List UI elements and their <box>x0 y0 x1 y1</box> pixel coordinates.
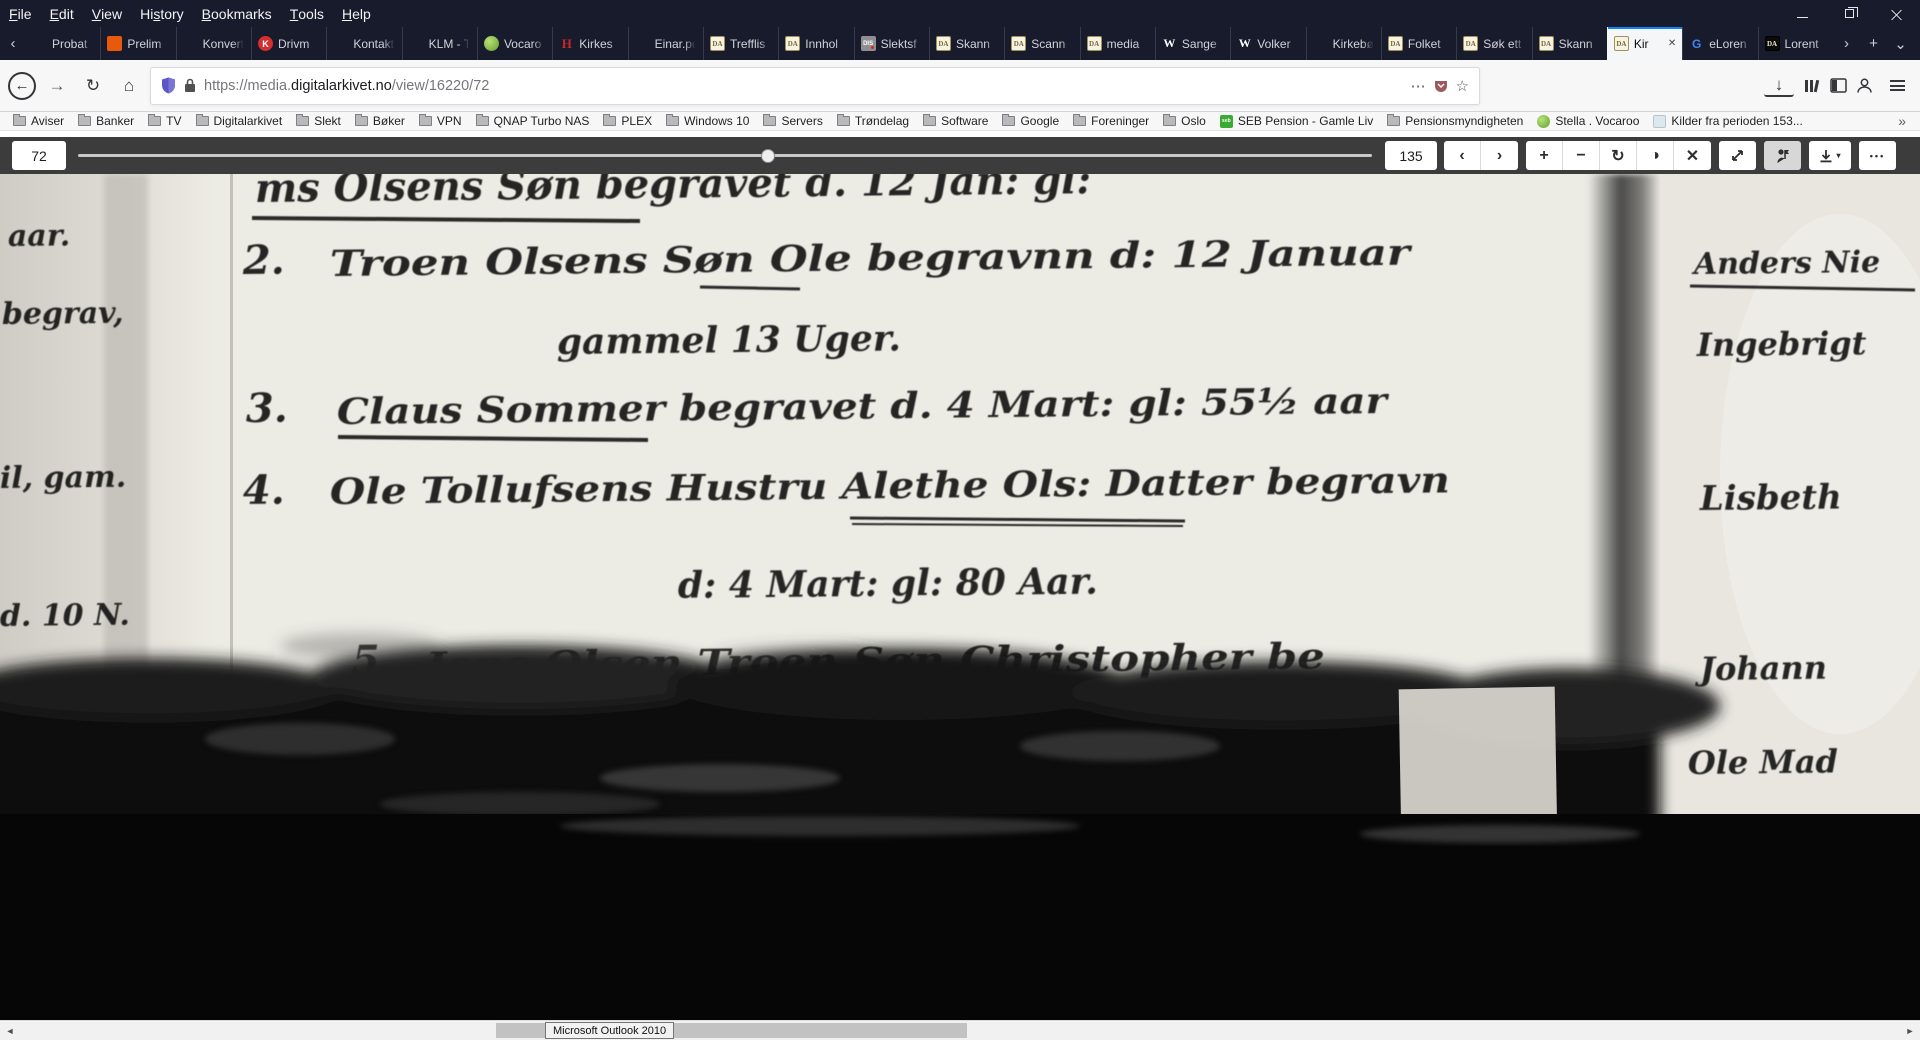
bookmarks-overflow-icon[interactable]: » <box>1890 113 1914 129</box>
tab-label: Konverteri <box>203 37 245 51</box>
bookmark-label: Bøker <box>373 114 405 128</box>
da-favicon-icon: DA <box>936 36 951 51</box>
bookmark-label: Slekt <box>314 114 341 128</box>
manuscript-line: Ole Mad <box>1688 742 1838 782</box>
account-icon[interactable] <box>1856 77 1873 94</box>
tab-label: Folket <box>1408 37 1450 51</box>
tab-label: Skann <box>956 37 998 51</box>
bookmark-label: SEB Pension - Gamle Liv <box>1238 114 1373 128</box>
da-favicon-icon: DA <box>1463 36 1478 51</box>
slider-handle[interactable] <box>761 149 775 163</box>
tab-konverteri[interactable]: Konverteri <box>176 27 251 60</box>
url-text[interactable]: https://media.digitalarkivet.no/view/162… <box>204 78 1403 94</box>
viewer-buttons: ‹ › + − ↻ ◑ ✕ ▾ ••• <box>1444 141 1896 170</box>
manuscript-line: Anders Nie <box>1691 245 1881 282</box>
bookmark-label: Foreninger <box>1091 114 1149 128</box>
page-nav-group: ‹ › <box>1444 141 1518 170</box>
folder-icon <box>923 116 936 126</box>
tab-label: Kirkes <box>579 37 621 51</box>
bookmark-plex[interactable]: PLEX <box>596 114 659 128</box>
manuscript-line: aar. <box>8 218 71 254</box>
page-slider[interactable] <box>78 141 1372 170</box>
slider-track[interactable] <box>78 154 1372 157</box>
tab-label: Søk ett <box>1483 37 1525 51</box>
tab-drivm[interactable]: KDrivm <box>251 27 326 60</box>
folder-icon <box>1073 116 1086 126</box>
circlek-favicon-icon: K <box>258 36 273 51</box>
manuscript-line: il, gam. <box>0 460 126 496</box>
wiki-favicon-icon: W <box>1162 36 1177 51</box>
bookmark-label: Stella . Vocaroo <box>1555 114 1639 128</box>
da-favicon-icon: DA <box>1011 36 1026 51</box>
tab-kirkes[interactable]: HKirkes <box>552 27 627 60</box>
tab-strip: ‹ ProbatPrelimKonverteriKDrivmKontakt - … <box>0 27 1920 60</box>
manuscript-underline <box>700 287 800 289</box>
bookmark-aviser[interactable]: Aviser <box>6 114 71 128</box>
bookmark-oslo[interactable]: Oslo <box>1156 114 1213 128</box>
tab-label: Einar.pdf <box>655 37 697 51</box>
manuscript-line: 4. <box>243 467 285 514</box>
bookmark-label: Kilder fra perioden 153... <box>1671 114 1802 128</box>
navbar-right-icons: ↓ <box>1764 71 1912 101</box>
tab-probat[interactable]: Probat <box>26 27 100 60</box>
manuscript-line: d: 4 Mart: gl: 80 Aar. <box>678 561 1098 607</box>
manuscript-line: 2. <box>242 237 285 284</box>
tab-label: Prelim <box>127 37 169 51</box>
tab-media[interactable]: DAmedia <box>1080 27 1155 60</box>
folder-icon <box>1002 116 1015 126</box>
tab-label: Slektsf <box>881 37 923 51</box>
bookmark-label: Software <box>941 114 988 128</box>
close-viewer-button[interactable]: ✕ <box>1674 141 1711 170</box>
bookmark-servers[interactable]: Servers <box>756 114 829 128</box>
tab-skann[interactable]: DASkann <box>929 27 1004 60</box>
hamburger-lines <box>1890 80 1905 91</box>
bookmark-label: Google <box>1020 114 1059 128</box>
page-actions-icon[interactable]: ⋯ <box>1411 77 1426 95</box>
more-dots-icon: ••• <box>1870 151 1885 161</box>
zoom-group: + − ↻ ◑ ✕ <box>1526 141 1711 170</box>
more-options-button[interactable]: ••• <box>1859 141 1896 170</box>
da-favicon-icon: DA <box>1539 36 1554 51</box>
dis-favicon-icon: DIS <box>861 36 876 51</box>
tab-innhol[interactable]: DAInnhol <box>778 27 853 60</box>
zoom-in-button[interactable]: + <box>1526 141 1563 170</box>
da-favicon-icon: DA <box>785 36 800 51</box>
tab-kir[interactable]: DAKir✕ <box>1607 27 1682 60</box>
menu-edit[interactable]: Edit <box>41 0 83 27</box>
bookmark-label: Pensionsmyndigheten <box>1405 114 1523 128</box>
bookmark-google[interactable]: Google <box>995 114 1066 128</box>
bookmark-label: Windows 10 <box>684 114 749 128</box>
bookmark-tv[interactable]: TV <box>141 114 188 128</box>
tab-label: Probat <box>52 37 94 51</box>
reset-view-button[interactable]: ↻ <box>1600 141 1637 170</box>
source-info-button[interactable] <box>1764 141 1801 170</box>
bookmark-banker[interactable]: Banker <box>71 114 141 128</box>
bookmarks-toolbar: AviserBankerTVDigitalarkivetSlektBøkerVP… <box>0 112 1920 131</box>
tab-s-k-ett[interactable]: DASøk ett <box>1456 27 1531 60</box>
horizontal-scrollbar[interactable]: ◄ ► Microsoft Outlook 2010 <box>0 1020 1920 1040</box>
menu-history[interactable]: History <box>131 0 193 27</box>
download-icon <box>1819 149 1833 163</box>
bookmark-tr-ndelag[interactable]: Trøndelag <box>830 114 916 128</box>
bookmark-kilder-fra-perioden-153-[interactable]: Kilder fra perioden 153... <box>1646 114 1809 128</box>
folder-icon <box>355 116 368 126</box>
manuscript-line: Johann <box>1694 649 1827 688</box>
tabs: ProbatPrelimKonverteriKDrivmKontakt - FK… <box>26 27 1833 60</box>
zoom-out-button[interactable]: − <box>1563 141 1600 170</box>
tab-label: Drivm <box>278 37 320 51</box>
tab-einar-pdf[interactable]: Einar.pdf <box>628 27 703 60</box>
pocket-icon[interactable] <box>1434 79 1448 93</box>
next-page-button[interactable]: › <box>1481 141 1518 170</box>
menu-items: FileEditViewHistoryBookmarksToolsHelp <box>0 0 380 27</box>
bookmark-vpn[interactable]: VPN <box>412 114 469 128</box>
da-favicon-icon: DA <box>1614 36 1629 51</box>
bookmark-pensionsmyndigheten[interactable]: Pensionsmyndigheten <box>1380 114 1530 128</box>
tab-volker[interactable]: WVolker <box>1230 27 1305 60</box>
bookmark-label: PLEX <box>621 114 652 128</box>
tab-kirkeb-ker[interactable]: Kirkebøker <box>1306 27 1381 60</box>
menu-tools[interactable]: Tools <box>281 0 333 27</box>
bookmark-label: Servers <box>781 114 822 128</box>
bookmark-b-ker[interactable]: Bøker <box>348 114 412 128</box>
bookmark-qnap-turbo-nas[interactable]: QNAP Turbo NAS <box>469 114 597 128</box>
browser-window: FileEditViewHistoryBookmarksToolsHelp ‹ … <box>0 0 1920 1040</box>
tab-scann[interactable]: DAScann <box>1004 27 1079 60</box>
manuscript-line: 3. <box>246 385 288 432</box>
tab-lorent[interactable]: DALorent <box>1758 27 1833 60</box>
tab-label: Kontakt - F <box>353 37 395 51</box>
window-controls <box>1779 0 1920 27</box>
bookmark-label: Trøndelag <box>855 114 909 128</box>
navigation-toolbar: ← → ↻ ⌂ https://media.digitalarkivet.no/… <box>0 60 1920 112</box>
scroll-right-arrow-icon[interactable]: ► <box>1900 1021 1920 1040</box>
bookmark-foreninger[interactable]: Foreninger <box>1066 114 1156 128</box>
bookmark-slekt[interactable]: Slekt <box>289 114 348 128</box>
new-tab-button[interactable]: + <box>1860 27 1887 60</box>
back-button[interactable]: ← <box>8 72 36 100</box>
manuscript-svg: ms Olsens Søn begravet d. 12 Jan: gl:aar… <box>0 174 1920 1020</box>
bookmark-label: Banker <box>96 114 134 128</box>
tab-kontakt-f[interactable]: Kontakt - F <box>326 27 401 60</box>
tab-label: Skann <box>1559 37 1601 51</box>
folder-icon <box>1387 116 1400 126</box>
minimize-button[interactable] <box>1779 0 1826 27</box>
url-bar[interactable]: https://media.digitalarkivet.no/view/162… <box>150 67 1480 105</box>
tracking-protection-shield-icon[interactable] <box>161 77 176 94</box>
folder-icon <box>13 116 26 126</box>
menu-file[interactable]: File <box>0 0 41 27</box>
manuscript-line: gammel 13 Uger. <box>557 317 902 363</box>
frog-favicon-icon <box>484 36 499 51</box>
da-favicon-icon: DA <box>710 36 725 51</box>
lock-icon <box>184 78 196 93</box>
viewer-toolbar: 72 135 ‹ › + − ↻ ◑ ✕ <box>0 137 1920 174</box>
menu-view[interactable]: View <box>83 0 131 27</box>
tab-label: Sange <box>1182 37 1224 51</box>
tab-label: Innhol <box>805 37 847 51</box>
tab-folket[interactable]: DAFolket <box>1381 27 1456 60</box>
bookmark-label: TV <box>166 114 181 128</box>
total-pages: 135 <box>1385 141 1437 170</box>
tab-label: Kir <box>1634 37 1661 51</box>
folder-icon <box>1163 116 1176 126</box>
folder-icon <box>763 116 776 126</box>
tab-label: KLM - Trav <box>429 37 471 51</box>
library-icon[interactable] <box>1803 78 1821 94</box>
orange-favicon-icon <box>107 36 122 51</box>
seb-icon: seb <box>1220 115 1233 128</box>
frog-icon <box>1537 115 1550 128</box>
tab-slektsf[interactable]: DISSlektsf <box>854 27 929 60</box>
minimize-icon <box>1797 17 1808 18</box>
download-button[interactable]: ▾ <box>1809 141 1851 170</box>
tab-trefflis[interactable]: DATrefflis <box>703 27 778 60</box>
pale-icon <box>1653 115 1666 128</box>
manuscript-line: Lisbeth <box>1699 478 1842 519</box>
restore-icon <box>1845 9 1854 18</box>
list-all-tabs-icon[interactable]: ⌄ <box>1887 27 1914 60</box>
bookmark-star-icon[interactable]: ☆ <box>1456 77 1469 95</box>
bookmark-software[interactable]: Software <box>916 114 995 128</box>
tab-label: eLoren <box>1709 37 1751 51</box>
wiki-favicon-icon: W <box>1237 36 1252 51</box>
tab-eloren[interactable]: GeLoren <box>1682 27 1757 60</box>
source-info-icon <box>1776 148 1790 164</box>
tab-label: media <box>1107 37 1149 51</box>
manuscript-line: begrav, <box>2 296 124 332</box>
bookmark-label: QNAP Turbo NAS <box>494 114 590 128</box>
tab-scroll-right-icon[interactable]: › <box>1833 27 1860 60</box>
folder-icon <box>837 116 850 126</box>
folder-icon <box>196 116 209 126</box>
da-favicon-icon: DA <box>1388 36 1403 51</box>
da-dark-favicon-icon: DA <box>1765 36 1780 51</box>
hred-favicon-icon: H <box>559 36 574 51</box>
current-page-input[interactable]: 72 <box>12 141 66 170</box>
tab-vocaro[interactable]: Vocaro <box>477 27 552 60</box>
tab-klm-trav[interactable]: KLM - Trav <box>402 27 477 60</box>
fullscreen-button[interactable] <box>1719 141 1756 170</box>
folder-icon <box>296 116 309 126</box>
da-favicon-icon: DA <box>1087 36 1102 51</box>
folder-icon <box>476 116 489 126</box>
manuscript-line: d. 10 N. <box>0 598 130 634</box>
bookmark-items: AviserBankerTVDigitalarkivetSlektBøkerVP… <box>6 114 1810 128</box>
previous-page-button[interactable]: ‹ <box>1444 141 1481 170</box>
tab-skann[interactable]: DASkann <box>1532 27 1607 60</box>
menu-help[interactable]: Help <box>333 0 380 27</box>
tab-close-icon[interactable]: ✕ <box>1666 38 1676 49</box>
folder-icon <box>78 116 91 126</box>
folder-icon <box>419 116 432 126</box>
sidebar-icon[interactable] <box>1830 78 1847 93</box>
restore-button[interactable] <box>1826 0 1873 27</box>
contrast-button[interactable]: ◑ <box>1637 141 1674 170</box>
tab-scroll-left-icon[interactable]: ‹ <box>0 27 26 60</box>
taskbar-tooltip: Microsoft Outlook 2010 <box>545 1022 674 1039</box>
menu-hamburger-icon[interactable] <box>1882 71 1912 101</box>
bookmark-stella-vocaroo[interactable]: Stella . Vocaroo <box>1530 114 1646 128</box>
menu-bookmarks[interactable]: Bookmarks <box>193 0 281 27</box>
menu-bar: FileEditViewHistoryBookmarksToolsHelp <box>0 0 1920 27</box>
bookmark-label: Aviser <box>31 114 64 128</box>
tab-label: Scann <box>1031 37 1073 51</box>
tab-sange[interactable]: WSange <box>1155 27 1230 60</box>
folder-icon <box>666 116 679 126</box>
fullscreen-icon <box>1730 148 1745 163</box>
bookmark-digitalarkivet[interactable]: Digitalarkivet <box>189 114 290 128</box>
bookmark-seb-pension-gamle-liv[interactable]: sebSEB Pension - Gamle Liv <box>1213 114 1380 128</box>
close-icon <box>1891 8 1902 19</box>
manuscript-line: Ingebrigt <box>1696 324 1867 364</box>
tab-label: Vocaro <box>504 37 546 51</box>
tab-label: Volker <box>1257 37 1299 51</box>
scroll-left-arrow-icon[interactable]: ◄ <box>0 1021 20 1040</box>
tab-label: Trefflis <box>730 37 772 51</box>
bookmark-label: Oslo <box>1181 114 1206 128</box>
download-caret-icon: ▾ <box>1836 151 1840 160</box>
bookmark-label: VPN <box>437 114 462 128</box>
bookmark-windows-10[interactable]: Windows 10 <box>659 114 756 128</box>
google-favicon-icon: G <box>1689 36 1704 51</box>
tab-label: Lorent <box>1785 37 1827 51</box>
tab-prelim[interactable]: Prelim <box>100 27 175 60</box>
downloads-icon[interactable]: ↓ <box>1764 75 1794 97</box>
folder-icon <box>148 116 161 126</box>
home-button[interactable]: ⌂ <box>114 71 144 101</box>
forward-button[interactable]: → <box>42 71 72 101</box>
folder-icon <box>603 116 616 126</box>
reload-button[interactable]: ↻ <box>78 71 108 101</box>
scanned-document-image[interactable]: ms Olsens Søn begravet d. 12 Jan: gl:aar… <box>0 174 1920 1020</box>
close-button[interactable] <box>1873 0 1920 27</box>
bookmark-label: Digitalarkivet <box>214 114 283 128</box>
tab-label: Kirkebøker <box>1333 37 1375 51</box>
